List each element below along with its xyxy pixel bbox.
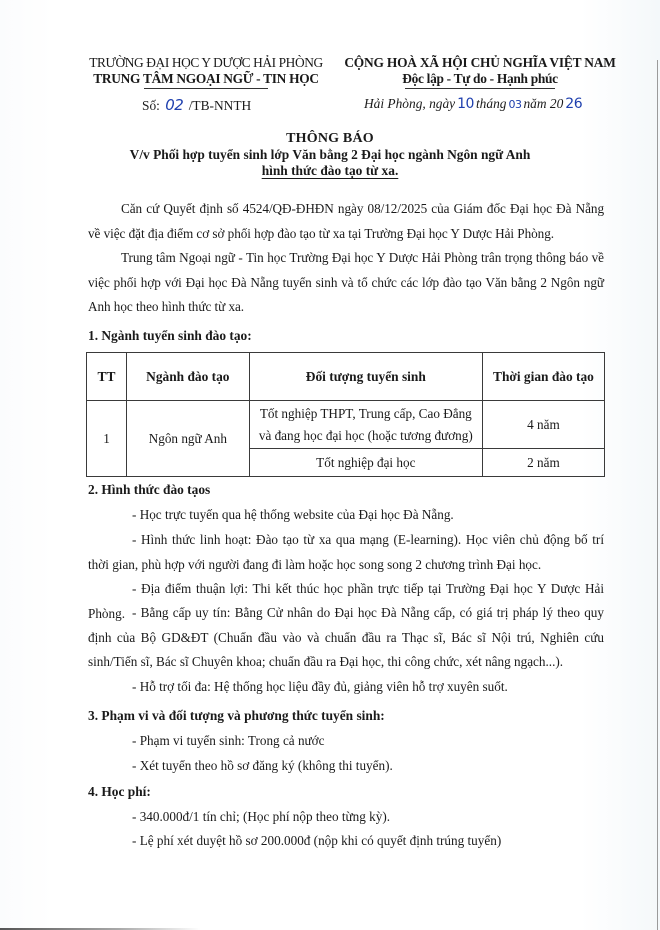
issuer-underline bbox=[144, 88, 268, 89]
national-title: CỘNG HOÀ XÃ HỘI CHỦ NGHĨA VIỆT NAM bbox=[340, 55, 620, 71]
section-2-heading: 2. Hình thức đào tạos bbox=[88, 482, 210, 498]
section-2-item-5: - Hỗ trợ tối đa: Hệ thống học liệu đầy đ… bbox=[88, 675, 604, 700]
notice-subject-line2: hình thức đào tạo từ xa. bbox=[262, 163, 399, 178]
doc-number-handwritten: 02 bbox=[165, 96, 183, 114]
column-header-major: Ngành đào tạo bbox=[126, 353, 249, 401]
doc-number-suffix: /TB-NNTH bbox=[189, 98, 251, 113]
section-3-item-2: - Xét tuyển theo hồ sơ đăng ký (không th… bbox=[88, 754, 604, 779]
document-page: TRƯỜNG ĐẠI HỌC Y DƯỢC HẢI PHÒNG TRUNG TÂ… bbox=[0, 0, 660, 930]
section-2-item-1: - Học trực tuyến qua hệ thống website củ… bbox=[88, 503, 604, 528]
cell-duration: 2 năm bbox=[482, 449, 604, 477]
column-header-target: Đối tượng tuyển sinh bbox=[249, 353, 482, 401]
scan-edge-line bbox=[657, 60, 658, 930]
cell-duration: 4 năm bbox=[482, 401, 604, 449]
section-4-heading: 4. Học phí: bbox=[88, 784, 151, 800]
cell-tt: 1 bbox=[87, 401, 127, 477]
notice-heading: THÔNG BÁO bbox=[60, 131, 600, 147]
doc-number-prefix: Số: bbox=[142, 98, 160, 113]
section-4-item-2: - Lệ phí xét duyệt hồ sơ 200.000đ (nộp k… bbox=[88, 829, 604, 854]
section-2-item-4: - Bằng cấp uy tín: Bằng Cử nhân do Đại h… bbox=[88, 601, 604, 675]
notice-subject-line1: V/v Phối hợp tuyển sinh lớp Văn bằng 2 Đ… bbox=[60, 147, 600, 163]
admissions-table: TT Ngành đào tạo Đối tượng tuyển sinh Th… bbox=[86, 352, 605, 477]
date-year-handwritten: 26 bbox=[565, 96, 582, 112]
notice-subject-line2-wrapper: hình thức đào tạo từ xa. bbox=[60, 163, 600, 179]
table-row: 1 Ngôn ngữ Anh Tốt nghiệp THPT, Trung cấ… bbox=[87, 401, 605, 449]
date-month-handwritten: 03 bbox=[508, 98, 521, 111]
intro-paragraph-1: Căn cứ Quyết định số 4524/QĐ-ĐHĐN ngày 0… bbox=[88, 197, 604, 246]
issuer-header: TRƯỜNG ĐẠI HỌC Y DƯỢC HẢI PHÒNG TRUNG TÂ… bbox=[86, 55, 326, 89]
date-day-handwritten: 10 bbox=[457, 96, 474, 112]
cell-target: Tốt nghiệp đại học bbox=[249, 449, 482, 477]
cell-target: Tốt nghiệp THPT, Trung cấp, Cao Đẳng và … bbox=[249, 401, 482, 449]
date-place: Hải Phòng, ngày bbox=[364, 96, 455, 111]
cell-major: Ngôn ngữ Anh bbox=[126, 401, 249, 477]
institution-name: TRƯỜNG ĐẠI HỌC Y DƯỢC HẢI PHÒNG bbox=[86, 55, 326, 71]
section-4-item-1: - 340.000đ/1 tín chỉ; (Học phí nộp theo … bbox=[88, 805, 604, 830]
national-header: CỘNG HOÀ XÃ HỘI CHỦ NGHĨA VIỆT NAM Độc l… bbox=[340, 55, 620, 89]
section-3-item-1: - Phạm vi tuyển sinh: Trong cả nước bbox=[88, 729, 604, 754]
intro-paragraph-2: Trung tâm Ngoại ngữ - Tin học Trường Đại… bbox=[88, 246, 604, 320]
date-month-label: tháng bbox=[476, 96, 507, 111]
section-1-heading: 1. Ngành tuyển sinh đào tạo: bbox=[88, 328, 252, 344]
section-2-item-2: - Hình thức linh hoạt: Đào tạo từ xa qua… bbox=[88, 528, 604, 577]
national-motto: Độc lập - Tự do - Hạnh phúc bbox=[340, 71, 620, 87]
notice-title: THÔNG BÁO V/v Phối hợp tuyển sinh lớp Vă… bbox=[60, 131, 600, 179]
column-header-tt: TT bbox=[87, 353, 127, 401]
department-name: TRUNG TÂM NGOẠI NGỮ - TIN HỌC bbox=[86, 71, 326, 87]
motto-underline bbox=[405, 88, 555, 89]
document-number: Số: 02 /TB-NNTH bbox=[142, 96, 251, 114]
section-3-heading: 3. Phạm vi và đối tượng và phương thức t… bbox=[88, 708, 385, 724]
table-header-row: TT Ngành đào tạo Đối tượng tuyển sinh Th… bbox=[87, 353, 605, 401]
date-line: Hải Phòng, ngày10tháng03năm 2026 bbox=[364, 96, 584, 112]
column-header-duration: Thời gian đào tạo bbox=[482, 353, 604, 401]
date-year-label: năm 20 bbox=[523, 96, 563, 111]
